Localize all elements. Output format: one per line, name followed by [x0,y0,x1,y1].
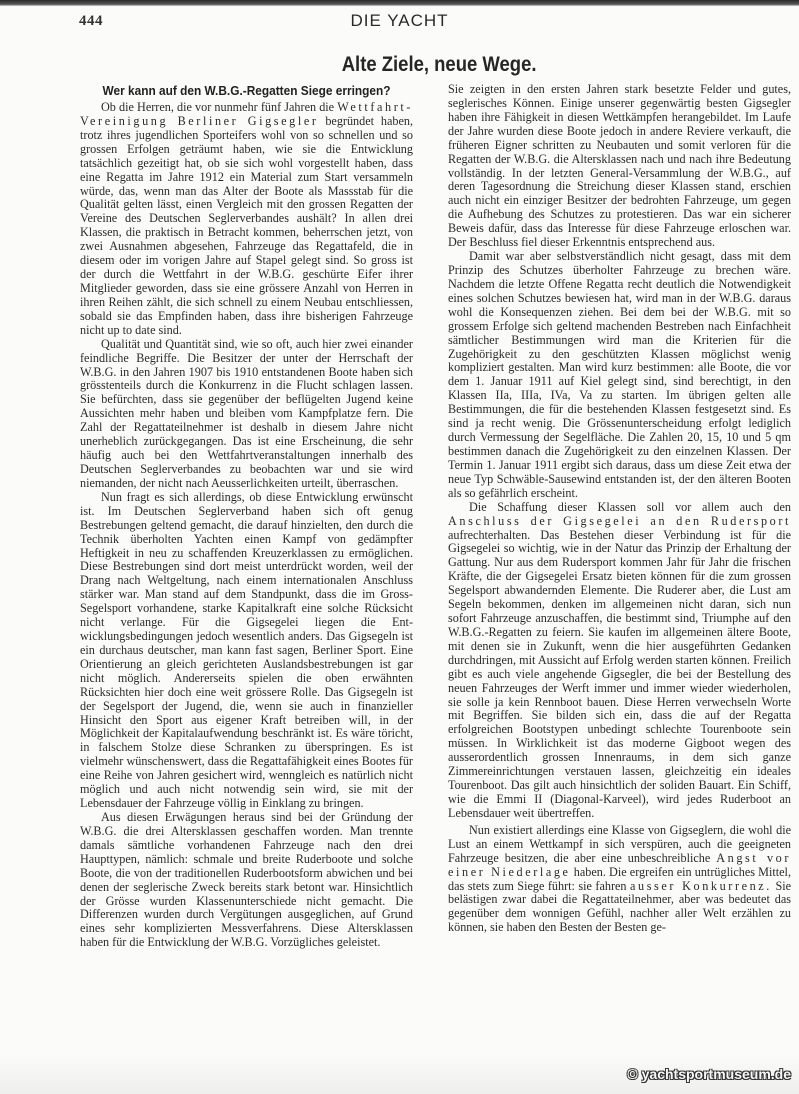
paragraph: Die Schaffung dieser Klassen soll vor al… [448,501,791,821]
left-column: Wer kann auf den W.B.G.-Regatten Siege e… [80,83,413,950]
copyright-watermark: © yachtsportmuseum.de [627,1066,791,1082]
spaced-emphasis: Anschluss der Gigsegelei an den Ruderspo… [448,514,791,528]
paragraph: Qualität und Quantität sind, wie so oft,… [80,338,413,491]
paragraph-text: begründet haben, trotz ihres jugendliche… [80,114,413,337]
paragraph-text: aufrechterhalten. Das Bestehen dieser Ve… [448,528,791,820]
article-subtitle: Wer kann auf den W.B.G.-Regatten Siege e… [97,83,397,99]
paragraph-text: Ob die Herren, die vor nunmehr fünf Jahr… [101,100,334,114]
scan-edge [0,0,799,6]
spaced-emphasis: ausser Konkurrenz. [630,879,772,893]
paragraph: Aus diesen Erwägungen heraus sind bei de… [80,811,413,950]
running-head: DIE YACHT [0,11,799,31]
paragraph: Sie zeigten in den ersten Jahren stark b… [448,83,791,250]
paragraph: Ob die Herren, die vor nunmehr fünf Jahr… [80,101,413,338]
paragraph-text: Die Schaffung dieser Klassen soll vor al… [469,500,791,514]
paragraph: Nun existiert allerdings eine Klasse von… [448,824,791,935]
paragraph: Damit war aber selbstverständlich nicht … [448,250,791,501]
right-column: Sie zeigten in den ersten Jahren stark b… [448,83,791,935]
article-title: Alte Ziele, neue Wege. [48,53,751,77]
paragraph: Nun fragt es sich allerdings, ob diese E… [80,491,413,811]
